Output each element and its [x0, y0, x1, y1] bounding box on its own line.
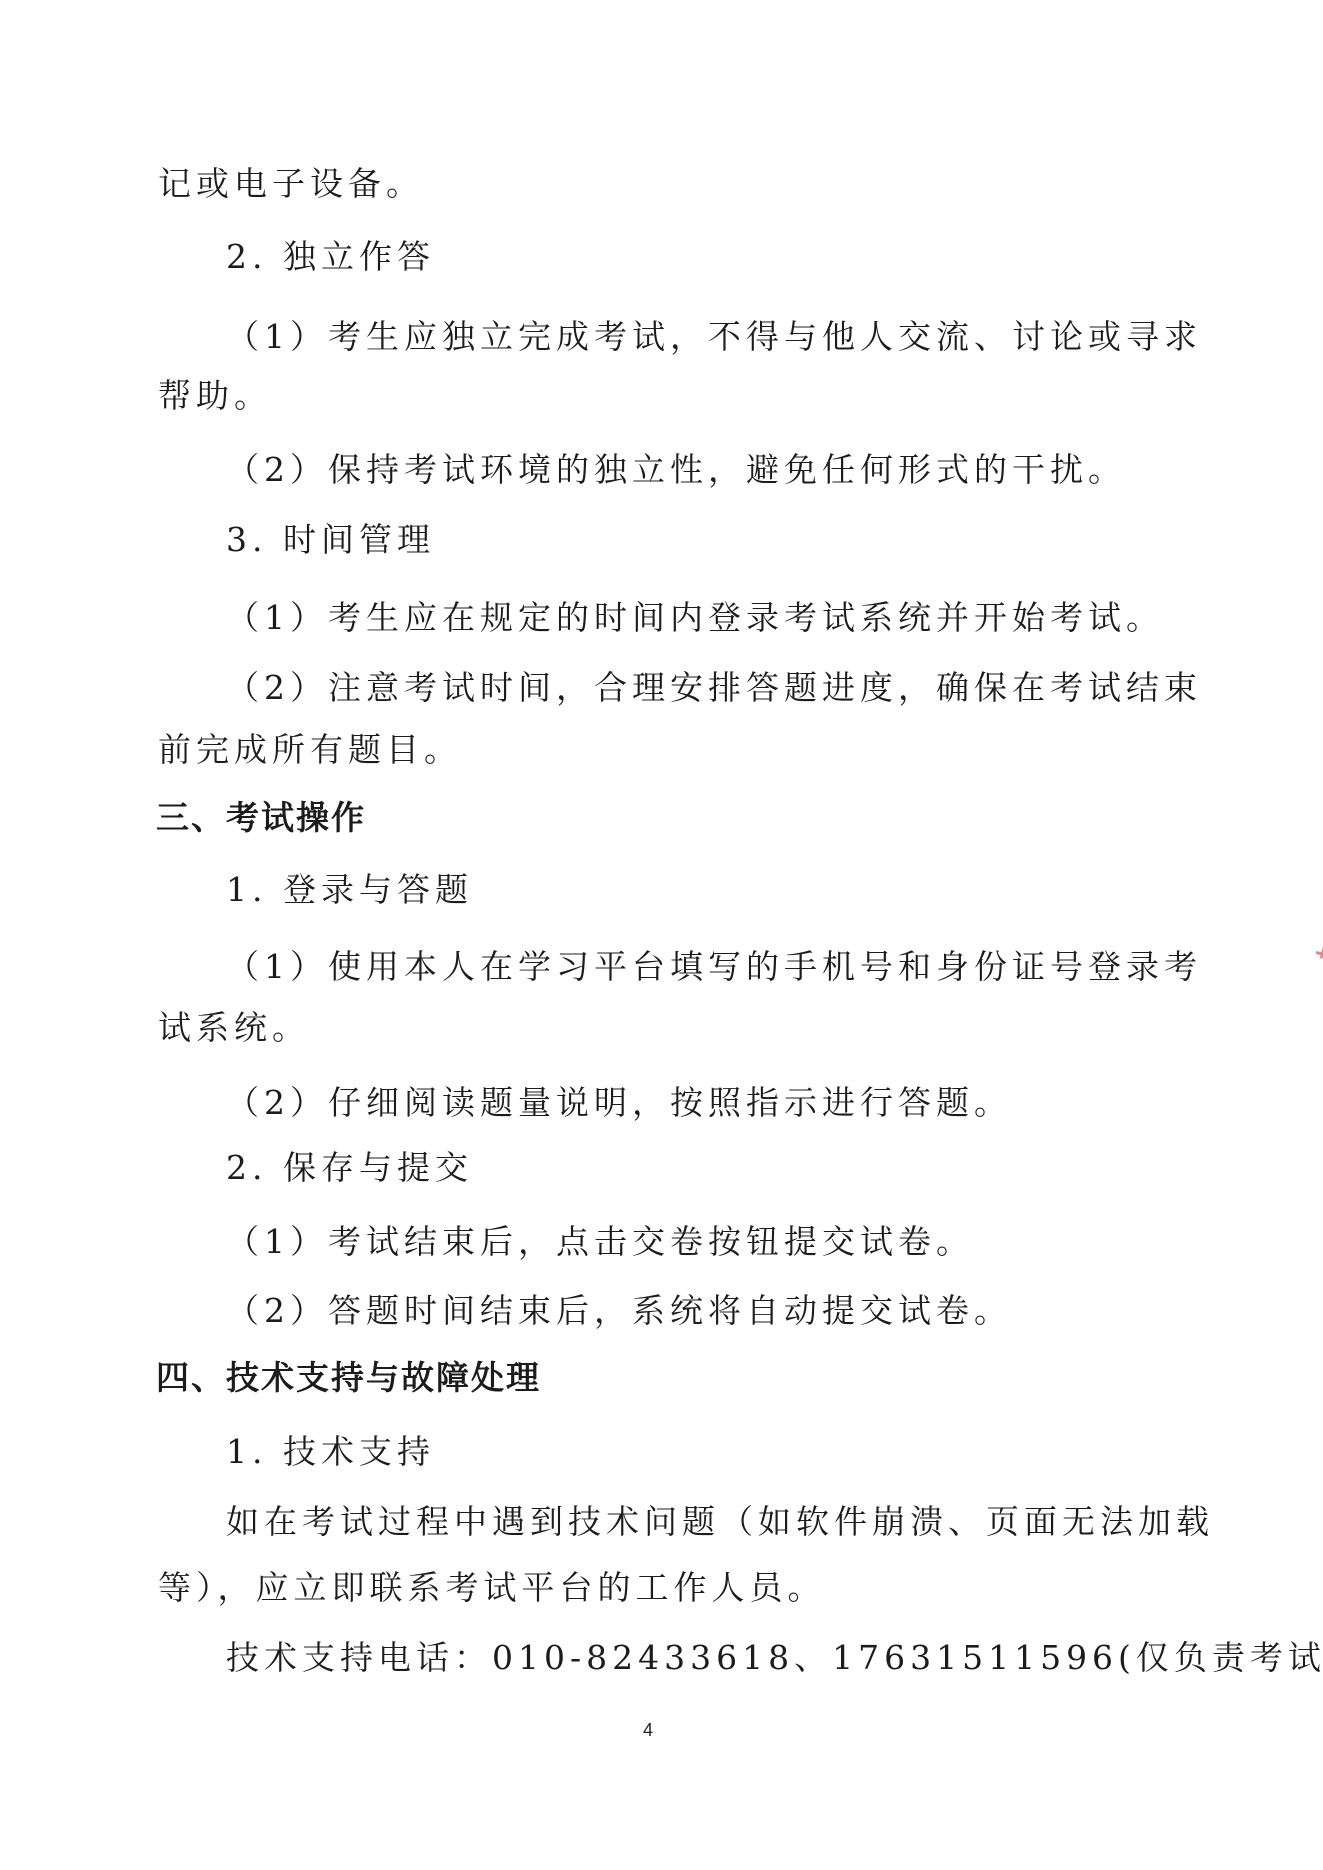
red-seal-stamp-fragment: 学十4 [1257, 879, 1323, 1140]
text-line-3: （1）考生应独立完成考试，不得与他人交流、讨论或寻求 [226, 317, 1202, 357]
subheading-login-answering: 1. 登录与答题 [226, 870, 473, 910]
text-line-13: 试系统。 [158, 1008, 310, 1048]
support-phone-line: 技术支持电话：010-82433618、17631511596(仅负责考试系 [226, 1638, 1323, 1678]
text-line-1: 记或电子设备。 [158, 164, 424, 204]
subheading-tech-support: 1. 技术支持 [226, 1432, 435, 1472]
page-number: 4 [643, 1720, 653, 1741]
subheading-time-management: 3. 时间管理 [226, 520, 435, 560]
text-line-12: （1）使用本人在学习平台填写的手机号和身份证号登录考 [226, 947, 1202, 987]
text-line-20: 如在考试过程中遇到技术问题（如软件崩溃、页面无法加载 [226, 1502, 1214, 1542]
subheading-independent-answering: 2. 独立作答 [226, 237, 435, 277]
subheading-save-submit: 2. 保存与提交 [226, 1148, 473, 1188]
text-line-17: （2）答题时间结束后，系统将自动提交试卷。 [226, 1291, 1012, 1331]
text-line-9: 前完成所有题目。 [158, 730, 462, 770]
text-line-4: 帮助。 [158, 376, 272, 416]
text-line-8: （2）注意考试时间，合理安排答题进度，确保在考试结束 [226, 668, 1202, 708]
text-line-16: （1）考试结束后，点击交卷按钮提交试卷。 [226, 1222, 974, 1262]
text-line-7: （1）考生应在规定的时间内登录考试系统并开始考试。 [226, 598, 1164, 638]
text-line-5: （2）保持考试环境的独立性，避免任何形式的干扰。 [226, 450, 1126, 490]
section-heading-exam-operation: 三、考试操作 [156, 798, 366, 838]
section-heading-tech-support: 四、技术支持与故障处理 [156, 1358, 541, 1398]
document-page: 记或电子设备。 2. 独立作答 （1）考生应独立完成考试，不得与他人交流、讨论或… [0, 0, 1323, 1870]
text-line-14: （2）仔细阅读题量说明，按照指示进行答题。 [226, 1083, 1012, 1123]
text-line-21: 等），应立即联系考试平台的工作人员。 [158, 1568, 826, 1608]
